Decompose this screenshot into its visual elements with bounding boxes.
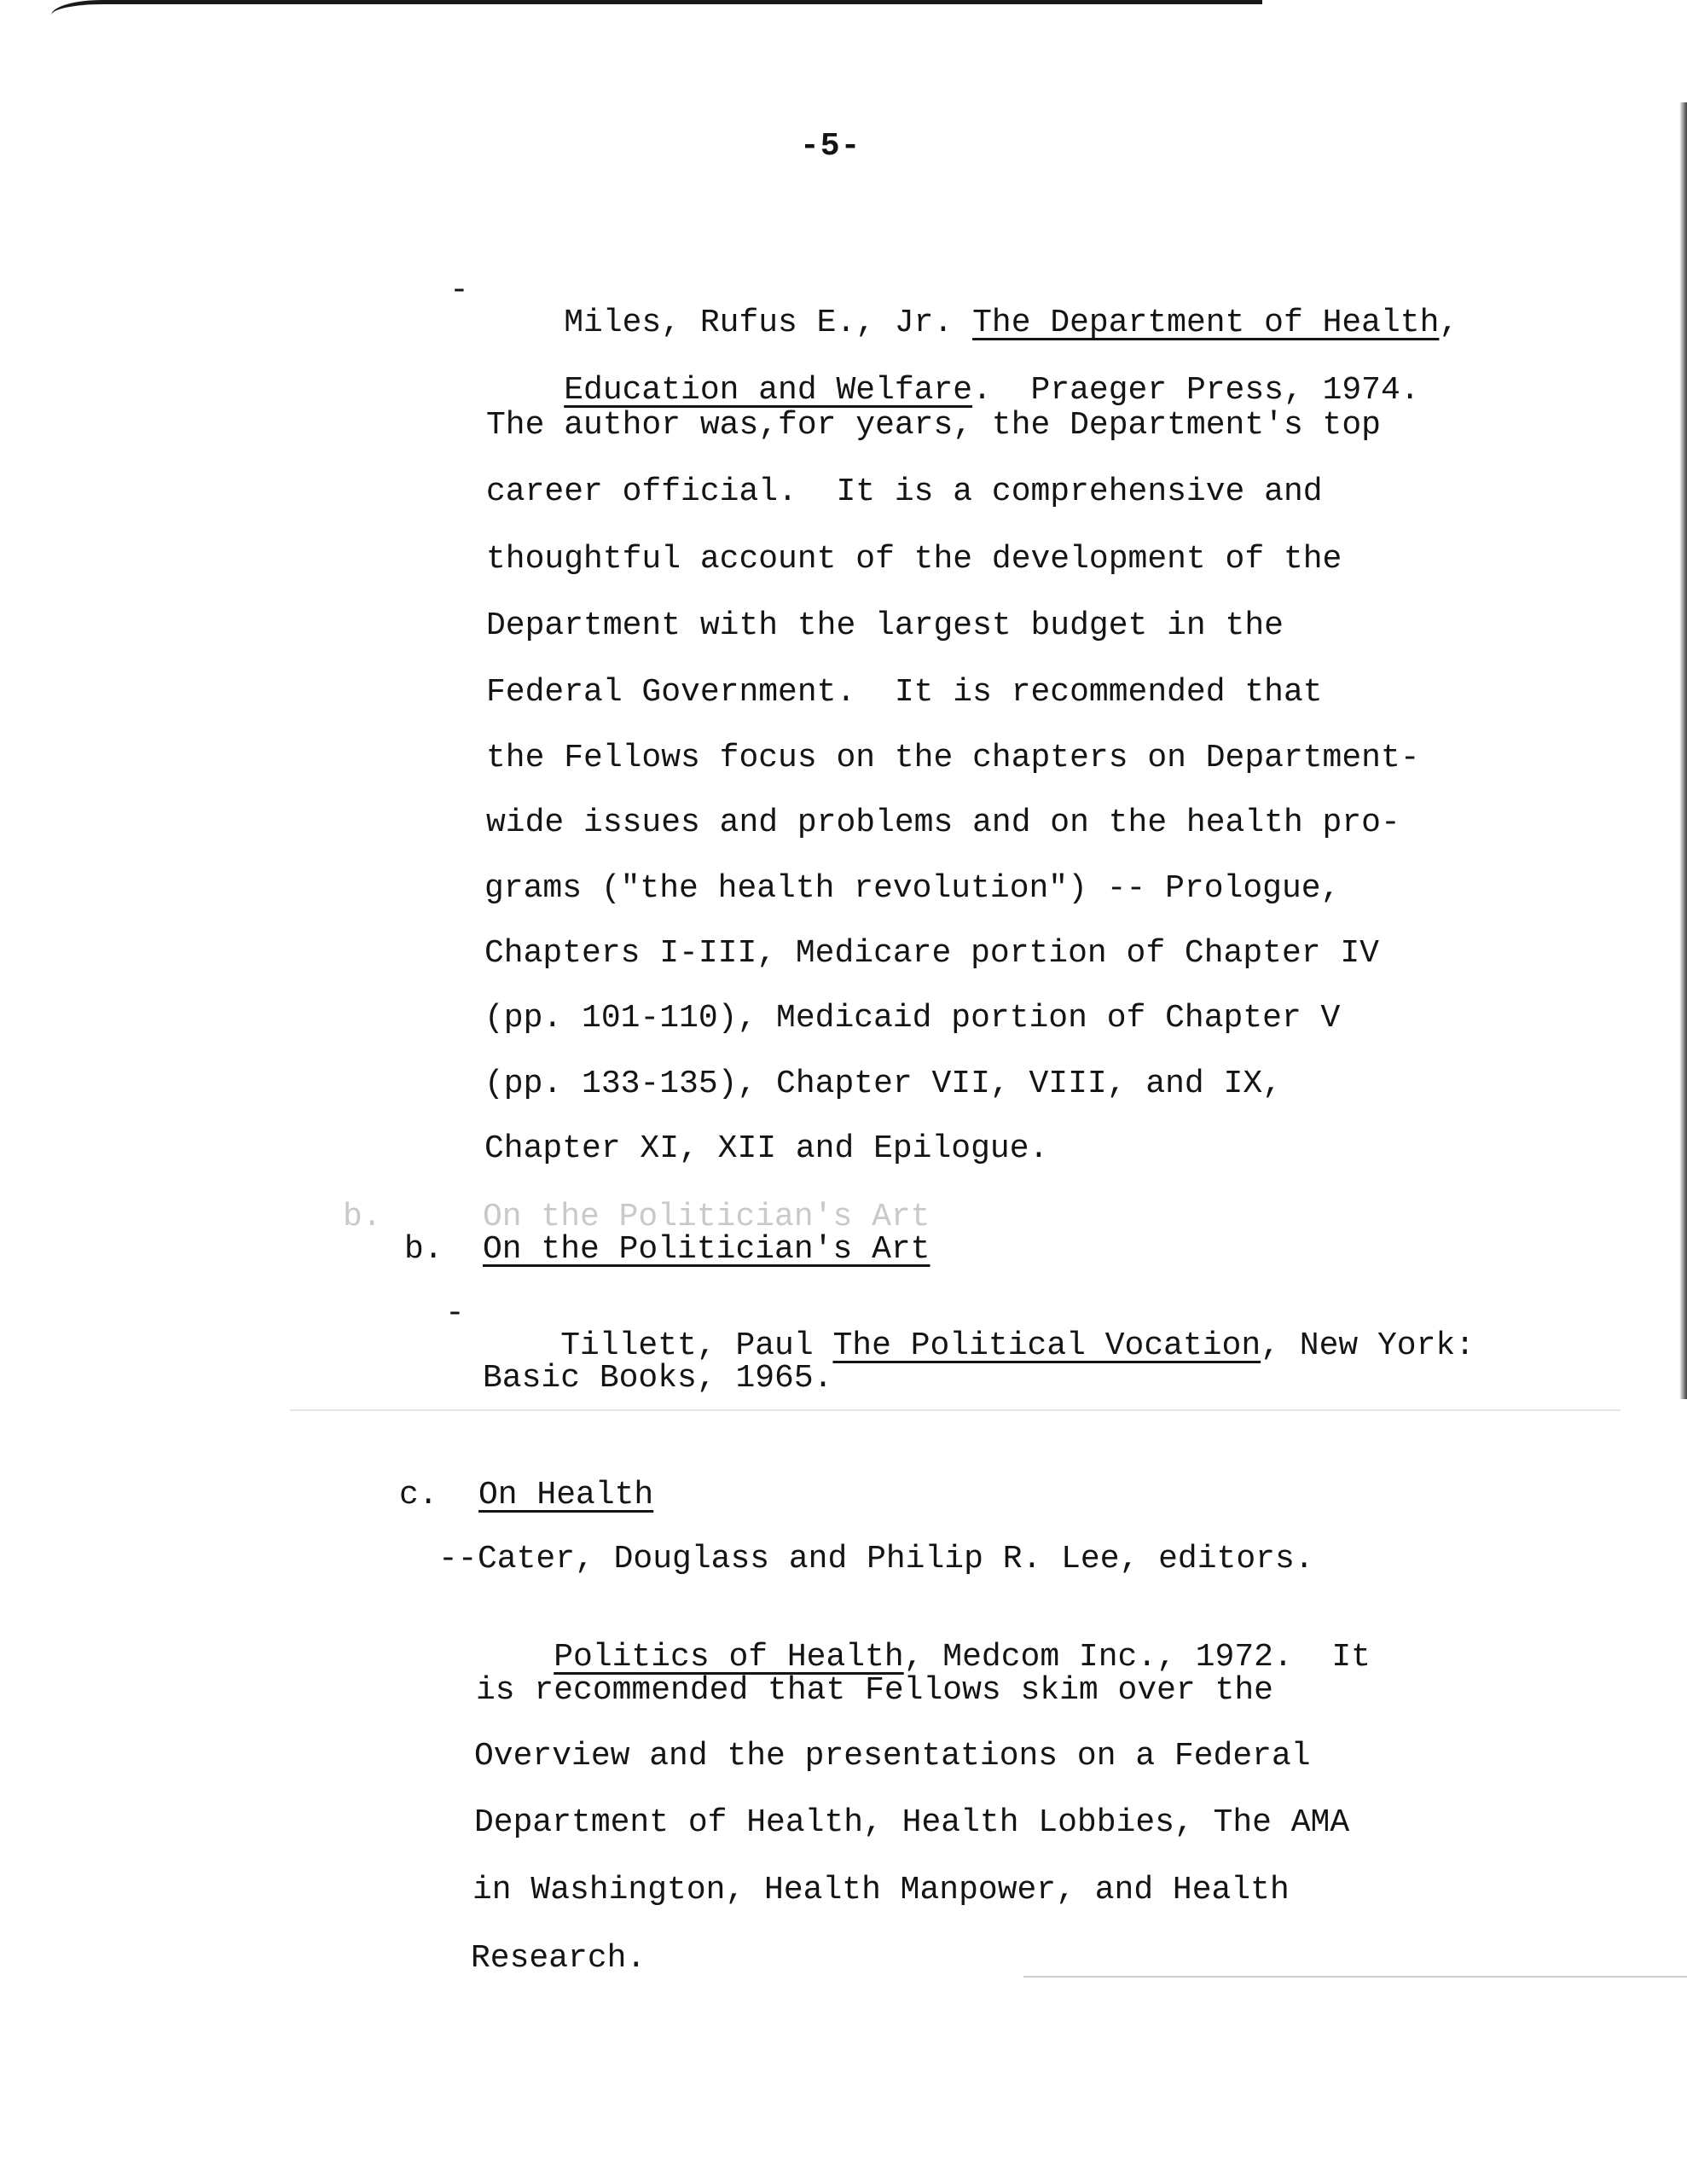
entry-description-line: wide issues and problems and on the heal… (486, 807, 1400, 839)
book-title: The Political Vocation (832, 1327, 1261, 1364)
entry-author: Miles, Rufus E., Jr. (564, 305, 972, 341)
entry-description-line: Overview and the presentations on a Fede… (474, 1740, 1311, 1773)
entry-description-line: the Fellows focus on the chapters on Dep… (486, 742, 1420, 775)
section-letter: b. (404, 1234, 443, 1266)
book-title: Politics of Health (554, 1639, 903, 1676)
entry-description-line: Department of Health, Health Lobbies, Th… (474, 1807, 1349, 1839)
entry-description-line: Department with the largest budget in th… (486, 610, 1284, 642)
entry-description-line: thoughtful account of the development of… (486, 543, 1342, 576)
entry-bullet: - (449, 275, 469, 307)
entry-description-line: The author was,for years, the Department… (486, 409, 1381, 442)
entry-line: Cater, Douglass and Philip R. Lee, edito… (478, 1543, 1314, 1576)
scan-artifact-line (1023, 1976, 1687, 1978)
entry-author: Tillett, Paul (560, 1327, 832, 1364)
section-heading: On Health (478, 1479, 653, 1512)
entry-description-line: Chapter XI, XII and Epilogue. (484, 1133, 1048, 1165)
entry-publisher: , Medcom Inc., 1972. It (904, 1639, 1371, 1676)
book-title-continued: Education and Welfare (564, 372, 972, 409)
entry-description-line: (pp. 101-110), Medicaid portion of Chapt… (484, 1002, 1340, 1035)
scan-artifact-line (290, 1409, 1620, 1411)
entry-description-line: Chapters I-III, Medicare portion of Chap… (484, 938, 1379, 970)
section-heading: On the Politician's Art (483, 1234, 930, 1266)
entry-description-line: Federal Government. It is recommended th… (486, 677, 1323, 709)
scan-top-edge (51, 0, 1262, 20)
section-letter: c. (399, 1479, 438, 1512)
entry-line: Basic Books, 1965. (483, 1362, 832, 1395)
scan-right-edge (1680, 102, 1687, 1399)
entry-bullet: - (445, 1298, 465, 1330)
entry-description-line: in Washington, Health Manpower, and Heal… (472, 1874, 1290, 1907)
punctuation: , (1439, 305, 1458, 341)
entry-description-line: is recommended that Fellows skim over th… (476, 1675, 1273, 1707)
page-number: -5- (800, 128, 861, 165)
entry-description-line: grams ("the health revolution") -- Prolo… (484, 873, 1340, 905)
entry-description-line: career official. It is a comprehensive a… (486, 476, 1323, 508)
entry-publisher: , New York: (1261, 1327, 1475, 1364)
entry-publisher: . Praeger Press, 1974. (972, 372, 1420, 409)
book-title: The Department of Health (972, 305, 1439, 341)
entry-bullet: -- (438, 1543, 478, 1576)
ghost-section-letter: b. (343, 1201, 382, 1234)
entry-description-line: (pp. 133-135), Chapter VII, VIII, and IX… (484, 1068, 1282, 1101)
entry-description-line: Research. (471, 1943, 646, 1975)
ghost-section-heading: On the Politician's Art (483, 1201, 930, 1234)
